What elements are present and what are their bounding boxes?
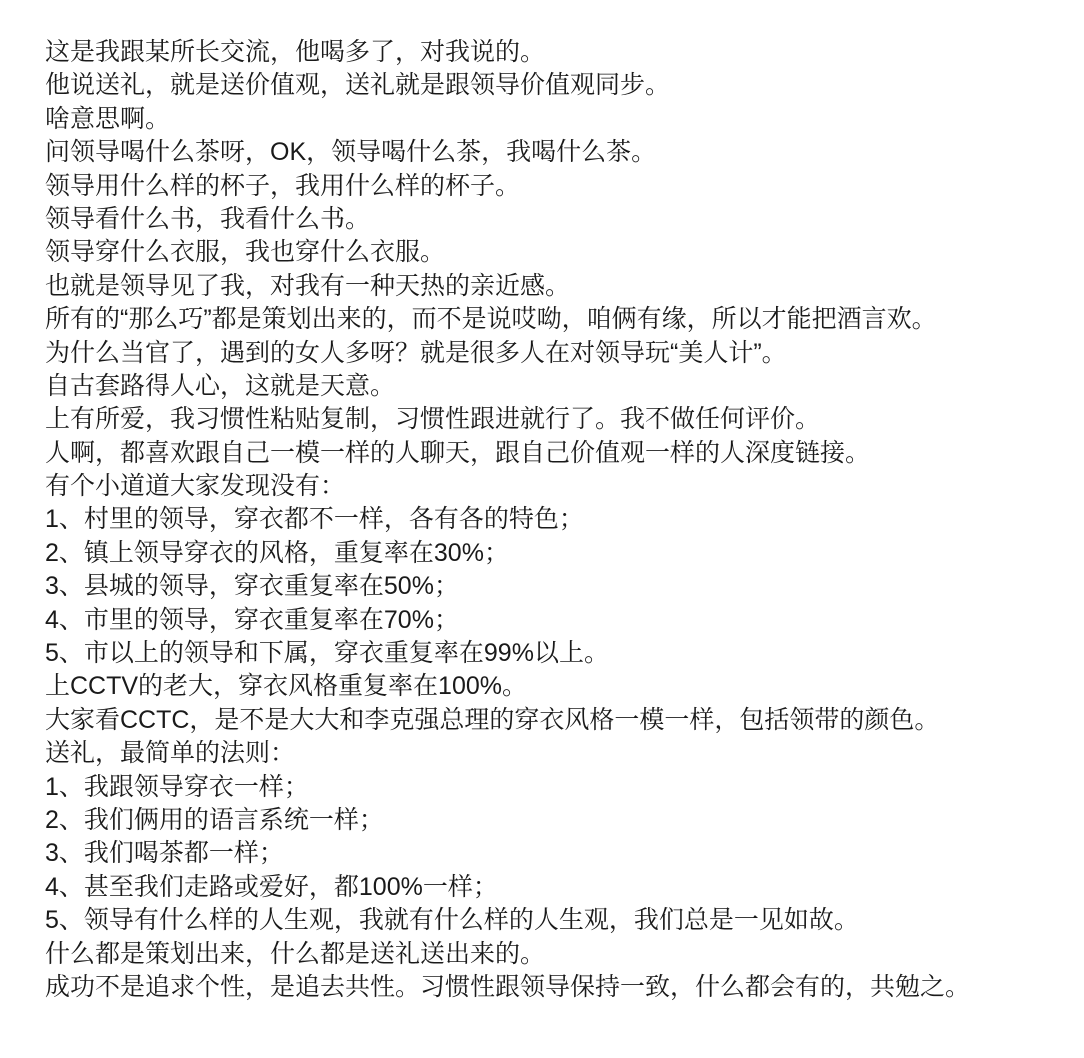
- text-line: 5、市以上的领导和下属，穿衣重复率在99%以上。: [45, 637, 1054, 670]
- text-line: 大家看CCTC，是不是大大和李克强总理的穿衣风格一模一样，包括领带的颜色。: [45, 704, 1054, 737]
- text-line: 上CCTV的老大，穿衣风格重复率在100%。: [45, 670, 1054, 703]
- text-line: 领导用什么样的杯子，我用什么样的杯子。: [45, 170, 1054, 203]
- text-line: 1、我跟领导穿衣一样；: [45, 771, 1054, 804]
- text-line: 1、村里的领导，穿衣都不一样，各有各的特色；: [45, 503, 1054, 536]
- text-line: 4、市里的领导，穿衣重复率在70%；: [45, 604, 1054, 637]
- text-body: 这是我跟某所长交流，他喝多了，对我说的。他说送礼，就是送价值观，送礼就是跟领导价…: [45, 36, 1054, 1004]
- text-line: 3、县城的领导，穿衣重复率在50%；: [45, 570, 1054, 603]
- text-line: 3、我们喝茶都一样；: [45, 837, 1054, 870]
- text-line: 成功不是追求个性，是追去共性。习惯性跟领导保持一致，什么都会有的，共勉之。: [45, 971, 1054, 1004]
- text-line: 领导看什么书，我看什么书。: [45, 203, 1054, 236]
- text-line: 自古套路得人心，这就是天意。: [45, 370, 1054, 403]
- document-page: 这是我跟某所长交流，他喝多了，对我说的。他说送礼，就是送价值观，送礼就是跟领导价…: [0, 0, 1084, 1058]
- text-line: 上有所爱，我习惯性粘贴复制，习惯性跟进就行了。我不做任何评价。: [45, 403, 1054, 436]
- text-line: 2、我们俩用的语言系统一样；: [45, 804, 1054, 837]
- text-line: 为什么当官了，遇到的女人多呀？就是很多人在对领导玩“美人计”。: [45, 337, 1054, 370]
- text-line: 啥意思啊。: [45, 103, 1054, 136]
- text-line: 领导穿什么衣服，我也穿什么衣服。: [45, 236, 1054, 269]
- text-line: 他说送礼，就是送价值观，送礼就是跟领导价值观同步。: [45, 69, 1054, 102]
- text-line: 什么都是策划出来，什么都是送礼送出来的。: [45, 938, 1054, 971]
- text-line: 送礼，最简单的法则：: [45, 737, 1054, 770]
- text-line: 这是我跟某所长交流，他喝多了，对我说的。: [45, 36, 1054, 69]
- text-line: 4、甚至我们走路或爱好，都100%一样；: [45, 871, 1054, 904]
- text-line: 所有的“那么巧”都是策划出来的，而不是说哎呦，咱俩有缘，所以才能把酒言欢。: [45, 303, 1054, 336]
- text-line: 5、领导有什么样的人生观，我就有什么样的人生观，我们总是一见如故。: [45, 904, 1054, 937]
- text-line: 问领导喝什么茶呀，OK，领导喝什么茶，我喝什么茶。: [45, 136, 1054, 169]
- text-line: 有个小道道大家发现没有：: [45, 470, 1054, 503]
- text-line: 人啊，都喜欢跟自己一模一样的人聊天，跟自己价值观一样的人深度链接。: [45, 437, 1054, 470]
- text-line: 2、镇上领导穿衣的风格，重复率在30%；: [45, 537, 1054, 570]
- text-line: 也就是领导见了我，对我有一种天热的亲近感。: [45, 270, 1054, 303]
